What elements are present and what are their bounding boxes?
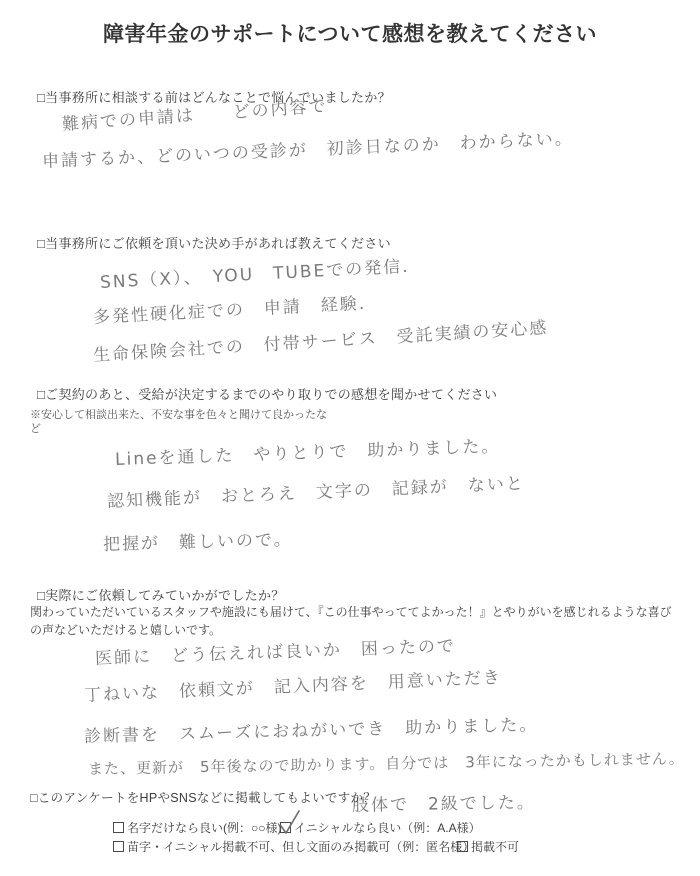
- option-no-publish[interactable]: 掲載不可: [457, 838, 519, 855]
- q4-answer-line-4: また、更新が 5年後なので助かります。自分では 3年になったかもしれません。: [88, 748, 685, 779]
- option-anonymous-text-ok[interactable]: 苗字・イニシャル掲載不可、但し文面のみ掲載可（例：匿名様）: [113, 838, 474, 855]
- q3-answer-line-2: 認知機能が おとろえ 文字の 記録が ないと: [106, 469, 525, 512]
- option-last-name-ok[interactable]: 名字だけなら良い(例：○○様): [113, 819, 282, 836]
- option-initials-ok[interactable]: イニシャルなら良い（例：A.A様）: [280, 819, 481, 836]
- checkbox-icon[interactable]: [113, 822, 124, 833]
- q4-answer-line-2: 丁ねいな 依頼文が 記入内容を 用意いただき: [83, 663, 502, 706]
- q1-answer-line-2: 申請するか、どのいつの受診が 初診日なのか わからない。: [41, 124, 574, 172]
- page-title: 障害年金のサポートについて感想を教えてください: [0, 18, 700, 48]
- question-3-label: □ご契約のあと、受給が決定するまでのやり取りでの感想を聞かせてください: [37, 384, 497, 403]
- checkbox-icon[interactable]: [280, 822, 291, 833]
- q3-note-line-2: ど: [30, 420, 41, 436]
- checkbox-icon[interactable]: [457, 841, 468, 852]
- option-label: 名字だけなら良い(例：○○様): [127, 819, 282, 836]
- question-5-label: □このアンケートをHPやSNSなどに掲載してもよいですか？: [30, 788, 376, 806]
- q3-answer-line-1: Lineを通した やりとりで 助かりました。: [115, 432, 501, 470]
- q3-answer-line-3: 把握が 難しいので。: [103, 525, 293, 555]
- option-label: イニシャルなら良い（例：A.A様）: [294, 819, 481, 836]
- q4-answer-line-3: 診断書を スムーズにおねがいでき 助かりました。: [84, 710, 539, 747]
- q2-answer-line-2: 多発性硬化症での 申請 経験.: [92, 289, 366, 328]
- q2-answer-line-1: SNS（X）、 YOU TUBEでの発信.: [99, 252, 410, 293]
- q3-note-line-1: ※安心して相談出来た、不安な事を色々と聞けて良かったな: [30, 406, 327, 422]
- q4-answer-line-5: 肢体で 2級でした。: [352, 788, 536, 816]
- q4-description-line-2: の声などいただけると嬉しいです。: [30, 621, 221, 638]
- option-label: 苗字・イニシャル掲載不可、但し文面のみ掲載可（例：匿名様）: [127, 838, 474, 855]
- q4-description-line-1: 関わっていただいているスタッフや施設にも届けて、『この仕事やっててよかった！』と…: [30, 603, 672, 620]
- option-label: 掲載不可: [471, 838, 519, 855]
- checkbox-icon[interactable]: [113, 841, 124, 852]
- question-4-label: □実際にご依頼してみていかがでしたか？: [37, 585, 285, 604]
- survey-form: 障害年金のサポートについて感想を教えてください □当事務所に相談する前はどんなこ…: [0, 0, 700, 876]
- question-2-label: □当事務所にご依頼を頂いた決め手があれば教えてください: [37, 233, 391, 252]
